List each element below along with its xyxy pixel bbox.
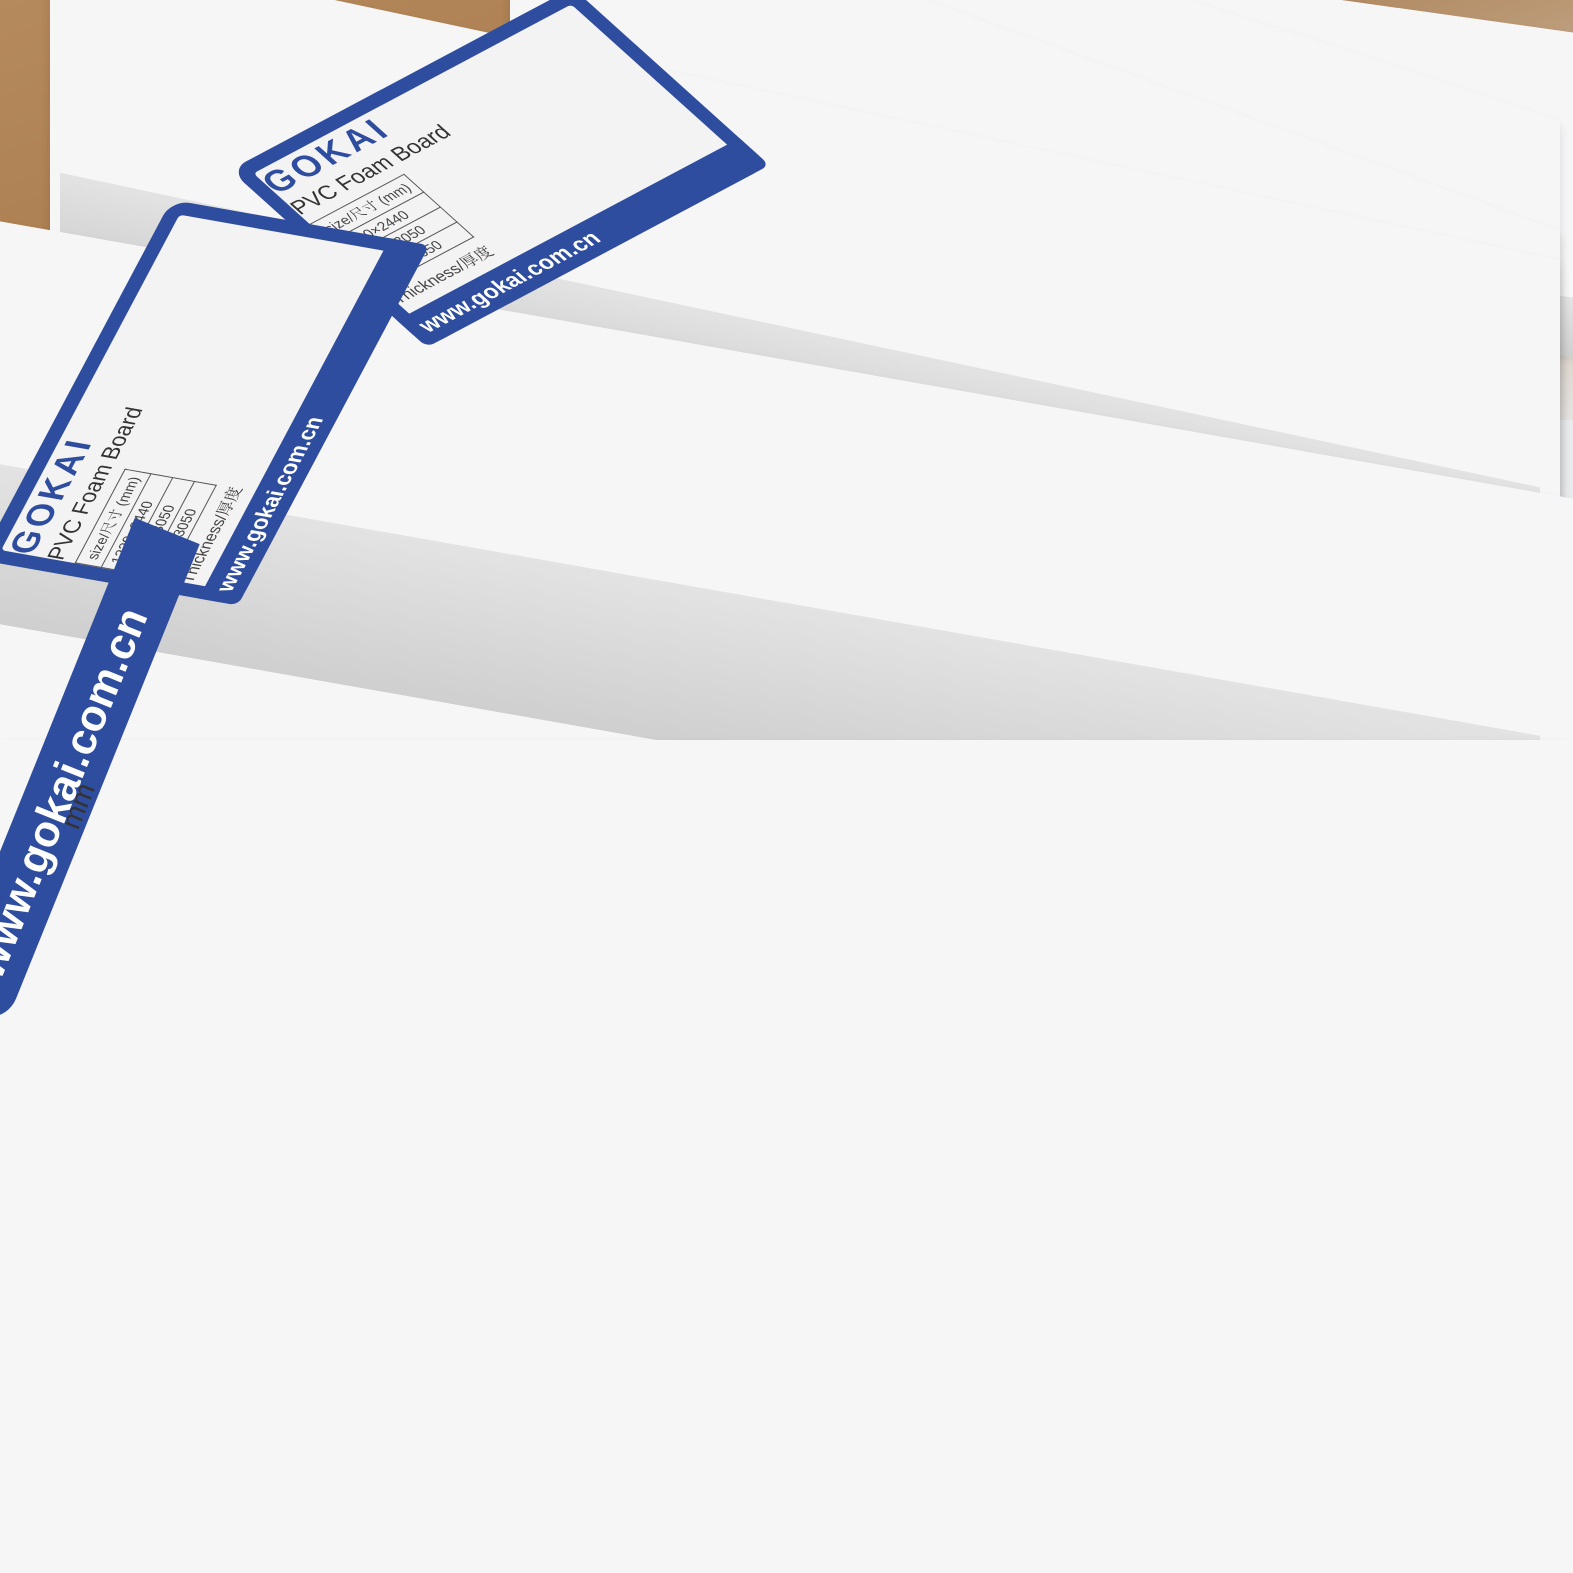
foam-board-base — [0, 740, 1573, 1573]
